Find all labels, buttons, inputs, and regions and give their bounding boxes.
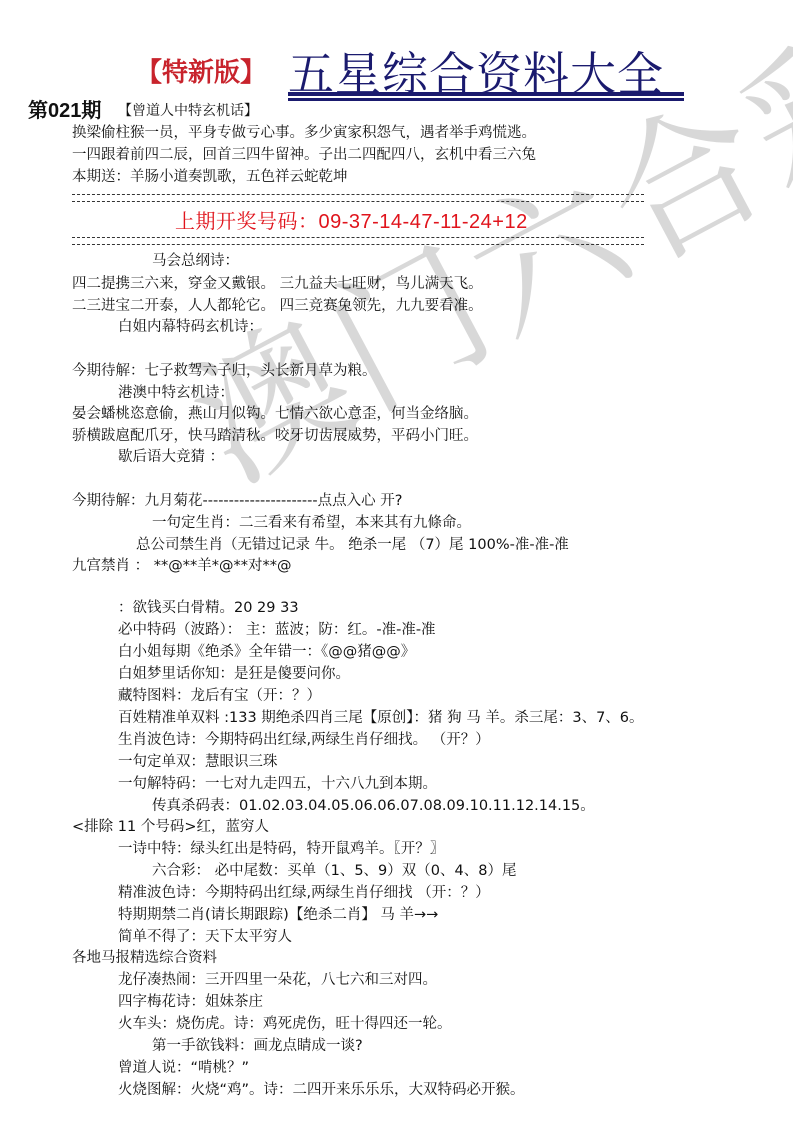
last-draw-result: 上期开奖号码：09-37-14-47-11-24+12: [175, 205, 528, 234]
content-line: 白小姐每期《绝杀》全年错一：《@@猪@@》: [118, 643, 415, 661]
content-line: 火车头：烧伤虎。诗：鸡死虎伤，旺十得四还一轮。: [118, 1015, 452, 1033]
content-line: 白姐梦里话你知：是狂是傻要问你。: [118, 665, 350, 683]
intro-line: 换梁偷柱猴一员，平身专做亏心事。多少寅家积怨气，遇者举手鸡慌逃。: [72, 124, 536, 142]
content-line: 生肖波色诗：今期特码出红绿,两绿生肖仔细找。 （开？）: [118, 731, 490, 749]
content-line: 特期期禁二肖(请长期跟踪)【绝杀二肖】 马 羊→→: [118, 906, 438, 924]
content-line: 今期待解：七子救驾六子归，头长新月草为粮。: [72, 362, 377, 380]
content-line: 马会总纲诗：: [152, 252, 239, 270]
title-underline: [288, 92, 684, 96]
divider: [72, 237, 644, 245]
content-line: 六合彩： 必中尾数：买单（1、5、9）双（0、4、8）尾: [152, 862, 516, 880]
content-line: ：欲钱买白骨精。20 29 33: [118, 599, 299, 617]
edition-label: 【特新版】: [136, 52, 266, 89]
content-line: 一句定生肖：二三看来有希望，本来其有九條命。: [152, 514, 471, 532]
content-line: 传真杀码表：01.02.03.04.05.06.06.07.08.09.10.1…: [152, 797, 595, 815]
title-underline-secondary: [288, 98, 684, 101]
content-line: 百姓精准单双料 :133 期绝杀四肖三尾【原创】：猪 狗 马 羊。杀三尾：3、7…: [118, 709, 644, 727]
content-line: <排除 11 个号码>红，蓝穷人: [72, 818, 269, 836]
content-line: 白姐内幕特码玄机诗：: [118, 318, 263, 336]
content-line: 简单不得了：天下太平穷人: [118, 928, 292, 946]
divider: [72, 194, 644, 202]
content-line: 骄横跋扈配爪牙，快马踏清秋。咬牙切齿展威势，平码小门旺。: [72, 427, 478, 445]
issue-subtitle: 【曾道人中特玄机话】: [118, 100, 258, 120]
content-line: 一句定单双：慧眼识三珠: [118, 753, 278, 771]
content-line: 各地马报精选综合资料: [72, 949, 217, 967]
content-line: 港澳中特玄机诗：: [118, 384, 234, 402]
content-line: 四字梅花诗：姐妹茶庄: [118, 993, 263, 1011]
intro-line: 一四跟着前四二辰，回首三四牛留神。子出二四配四八，玄机中看三六兔: [72, 146, 536, 164]
content-line: 二三进宝二开泰，人人都轮它。 四三竞赛兔领先，九九要看准。: [72, 297, 483, 315]
content-line: 必中特码（波路）： 主：蓝波；防：红。-准-准-准: [118, 621, 436, 639]
content-line: 今期待解：九月菊花----------------------点点入心 开?: [72, 492, 402, 510]
content-line: 第一手欲钱料：画龙点睛成一谈?: [152, 1037, 363, 1055]
page-header: 【特新版】 五星综合资料大全: [0, 40, 793, 100]
content-line: 晏会蟠桃恣意偷，燕山月似钩。七情六欲心意歪，何当金络脑。: [72, 405, 478, 423]
content-line: 精准波色诗：今期特码出红绿,两绿生肖仔细找 （开：？）: [118, 884, 490, 902]
content-line: 总公司禁生肖（无错过记录 牛。 绝杀一尾 （7）尾 100%-准-准-准: [136, 536, 569, 554]
content-line: 藏特图料：龙后有宝（开：？）: [118, 687, 321, 705]
content-line: 一诗中特：绿头红出是特码，特开鼠鸡羊。〖开？〗: [118, 840, 444, 858]
content-line: 歇后语大竞猜 ：: [118, 448, 224, 466]
content-line: 九宫禁肖 ： **@**羊*@**对**@: [72, 557, 291, 575]
content-line: 龙仔凑热闹：三开四里一朵花，八七六和三对四。: [118, 971, 437, 989]
issue-number: 第021期: [28, 94, 101, 123]
content-line: 曾道人说：“啃桃？”: [118, 1059, 249, 1077]
content-line: 一句解特码：一七对九走四五，十六八九到本期。: [118, 775, 437, 793]
content-line: 火烧图解：火烧“鸡”。诗：二四开来乐乐乐，大双特码必开猴。: [118, 1081, 525, 1099]
content-line: 四二提携三六来，穿金又戴银。 三九益夫七旺财，鸟儿满天飞。: [72, 275, 483, 293]
intro-line: 本期送：羊肠小道奏凯歌，五色祥云蛇乾坤: [72, 168, 348, 186]
